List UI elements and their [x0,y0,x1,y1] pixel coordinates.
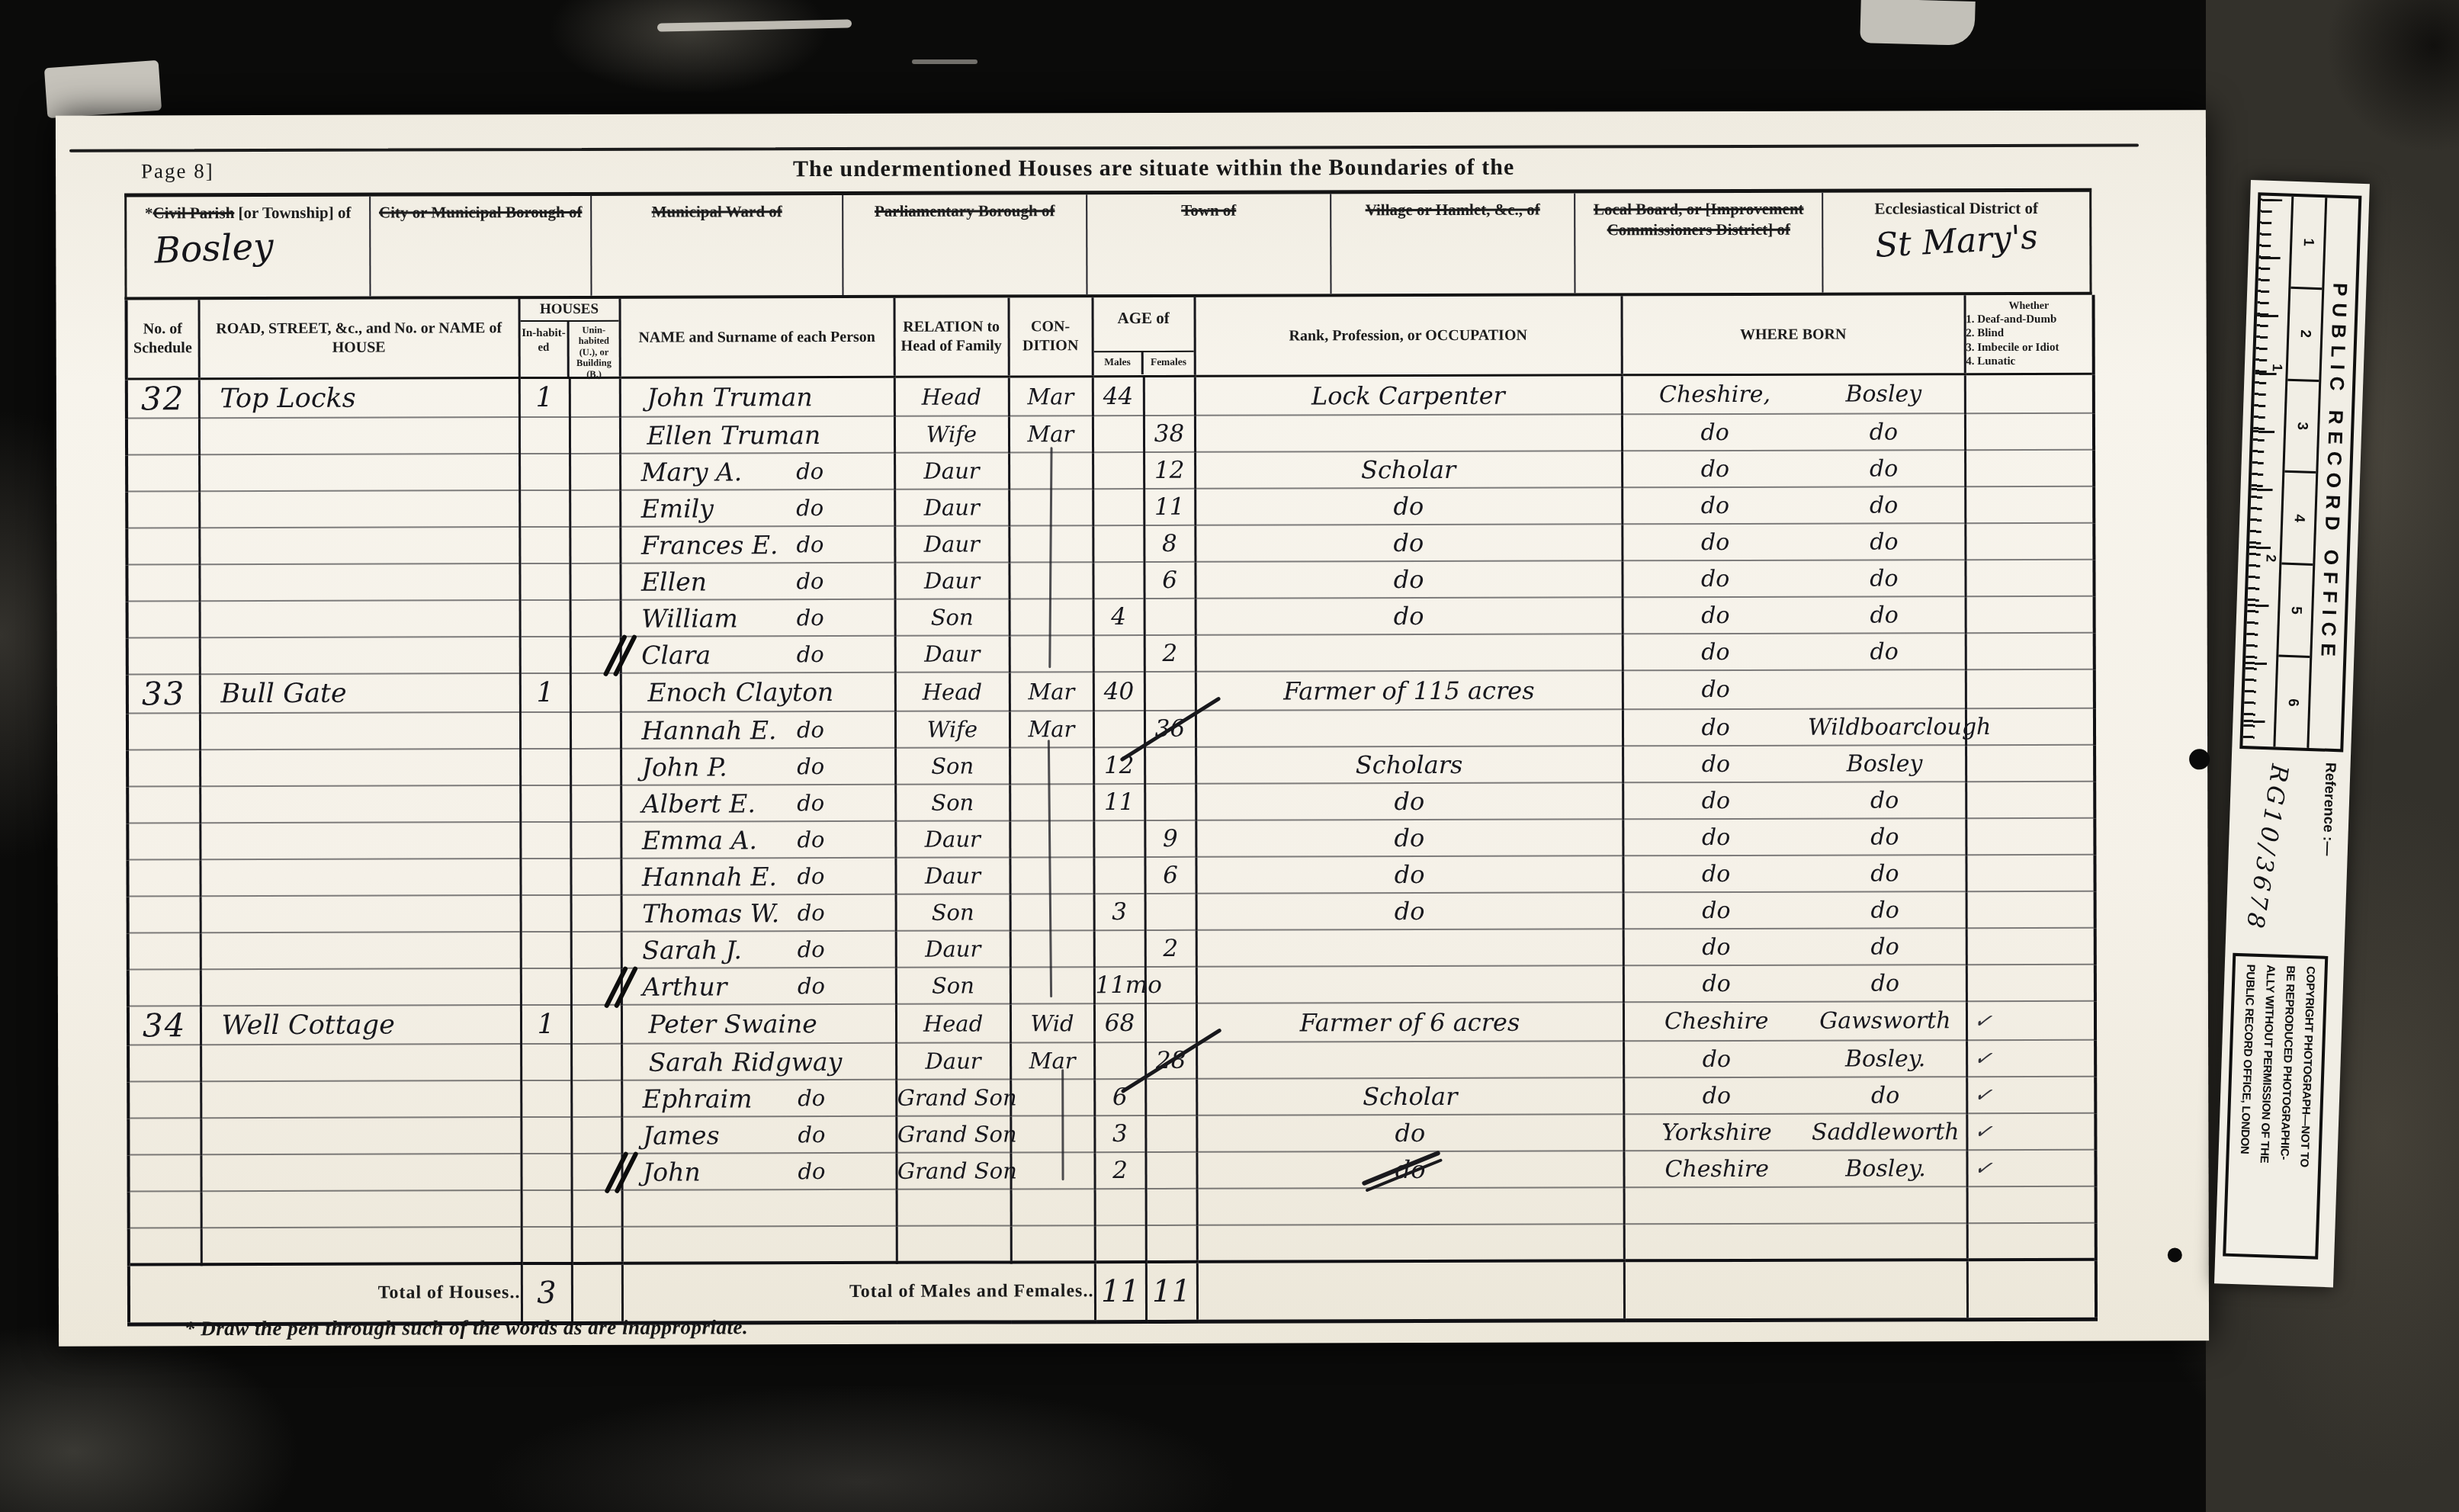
age-male: 2 [1094,1152,1145,1189]
film-scratch [912,59,978,64]
born-place: Gawsworth [1809,1007,1962,1035]
infirmity-cell [1966,928,2095,965]
relation-to-head: Daur [894,489,1009,525]
schedule-number [128,933,201,969]
uninhabited-count [570,822,621,859]
table-row: Ellen Truman Wife Mar 38 dodo [127,413,2094,455]
marital-condition: Wid [1010,1003,1094,1042]
table-row: Emma A.do Daur 9 do dodo [127,818,2095,860]
relation-to-head: Grand Son [896,1116,1010,1152]
house-name: Well Cottage [201,1005,521,1045]
where-born-cell: doBosley. [1623,1040,1966,1077]
born-place: do [1808,897,1961,924]
ditto-surname: do [796,495,823,521]
person-name: John Truman [621,382,812,413]
born-county: do [1624,933,1808,961]
born-place: do [1808,638,1961,666]
person-name-cell: Ellendo [620,563,894,600]
schedule-number [127,564,199,601]
person-name-cell: Ellen Truman [620,416,894,454]
age-male [1093,489,1144,525]
relation-to-head: Daur [894,562,1009,599]
occupation: do [1196,819,1623,856]
person-name-cell: Thomas W.do [621,894,896,932]
schedule-number [128,1154,201,1191]
age-female: 38 [1144,416,1195,452]
occupation [1196,634,1623,671]
relation-to-head: Wife [894,416,1009,452]
marital-condition [1010,1152,1094,1189]
age-male: 12 [1093,747,1144,784]
person-name: Emily [621,493,797,524]
person-name: Mary A. [621,457,797,487]
ruler-inch-number: 1 [2269,364,2285,372]
ditto-surname: do [797,827,824,852]
blank-row [129,1223,2096,1265]
ditto-surname: do [798,973,825,999]
table-row: Emilydo Daur 11 do dodo [127,486,2094,528]
schedule-number [128,896,201,933]
table-row: Jamesdo Grand Son 3 do YorkshireSaddlewo… [128,1113,2095,1155]
age-male: 40 [1093,672,1144,711]
schedule-number [128,1118,201,1154]
schedule-number [127,637,200,674]
uninhabited-count [570,377,620,417]
uninhabited-count [571,895,621,932]
occupation [1196,709,1623,746]
inhabited-count [521,932,571,968]
age-male: 4 [1093,599,1144,635]
person-name: Clara [621,640,797,670]
age-female [1144,376,1195,416]
inhabited-count [519,563,570,600]
table-row: 33 Bull Gate 1 Enoch Clayton Head Mar 40… [127,669,2095,714]
relation-to-head: Son [896,967,1010,1003]
inhabited-count [520,712,570,749]
age-female [1145,1116,1196,1152]
age-male [1093,635,1144,672]
where-born-cell: Cheshire,Bosley [1622,374,1965,415]
inhabited-count [521,1044,571,1080]
infirmity-cell [1966,782,2095,818]
village-hamlet-cell: Village or Hamlet, &c., of [1331,193,1575,294]
microfilm-scan: Page 8] The undermentioned Houses are si… [0,0,2459,1512]
house-name: Bull Gate [200,673,520,713]
where-born-cell: dodo [1623,596,1966,634]
relation-to-head: Grand Son [896,1079,1010,1116]
born-county: do [1624,897,1808,924]
born-place: Bosley. [1809,1155,1962,1183]
where-born-cell: dodo [1622,560,1965,597]
person-name-cell: Ephraimdo [621,1080,896,1117]
sheet-header: Page 8] The undermentioned Houses are si… [124,152,2091,192]
marital-condition [1010,747,1093,784]
total-males-value: 11 [1095,1262,1146,1321]
header-females: Females [1144,352,1194,374]
age-female: 6 [1144,562,1195,599]
ink-blot [2168,1247,2182,1262]
marital-condition [1010,894,1094,930]
town-cell: Town of [1087,194,1331,294]
totals-row: Total of Houses.. 3 Total of Males and F… [129,1260,2096,1324]
uninhabited-count [571,932,621,968]
ditto-surname: do [797,753,824,779]
person-name-cell: Clarado [621,636,895,673]
person-name-cell: John P.do [621,748,895,785]
ecclesiastical-district-value: St Mary's [1830,215,2082,268]
born-county: do [1623,602,1807,629]
occupation: Scholars [1196,746,1623,783]
person-name: Ellen [621,567,797,597]
age-male: 68 [1094,1003,1145,1042]
infirmity-cell: ✓ [1966,1113,2095,1150]
marital-condition: Mar [1010,672,1093,711]
inhabited-count [520,785,570,822]
schedule-number [127,859,200,896]
ditto-surname: do [797,605,824,631]
uninhabited-count [570,490,620,527]
schedule-number [127,528,199,564]
person-name-cell: Frances E.do [620,526,894,563]
relation-to-head: Daur [896,1042,1010,1079]
uninhabited-count [570,673,621,712]
person-name: Enoch Clayton [621,677,833,708]
blank-rows [129,1186,2096,1265]
age-female [1145,1003,1196,1042]
age-male [1094,930,1145,967]
occupation: do [1196,1151,1623,1188]
age-female [1144,784,1196,820]
house-name [199,417,519,454]
marital-condition [1010,1079,1094,1116]
born-county: do [1625,1082,1809,1109]
inhabited-count [520,749,570,785]
ditto-surname: do [797,641,824,667]
house-name: Top Locks [199,378,519,419]
header-age-group: AGE of Males Females [1093,297,1195,377]
census-table: No. of Schedule ROAD, STREET, &c., and N… [125,295,2098,1326]
ditto-surname: do [798,1085,825,1111]
table-row: Albert E.do Son 11 do dodo [127,782,2095,823]
person-name: Hannah E. [622,862,798,892]
born-place: do [1807,602,1960,629]
check-mark: ✓ [1972,1006,1993,1034]
relation-to-head: Head [895,672,1010,711]
infirmity-cell [1966,596,2095,633]
reference-label: Reference :— [2319,762,2339,856]
header-road: ROAD, STREET, &c., and No. or NAME of HO… [199,299,519,379]
where-born-cell: dodo [1623,928,1966,965]
age-male: 3 [1094,894,1145,930]
occupation: do [1195,524,1622,561]
schedule-number [127,713,200,750]
inhabited-count [521,968,571,1005]
age-male: 44 [1093,376,1144,416]
person-name: Albert E. [622,788,798,819]
header-condition: CON- DITION [1009,297,1093,377]
person-name: Ellen Truman [621,420,820,451]
occupation: Scholar [1195,451,1622,488]
age-female: 2 [1145,930,1196,967]
person-name: Frances E. [621,530,797,560]
house-name [201,1117,521,1154]
ditto-surname: do [796,568,823,594]
born-county: do [1623,455,1807,483]
person-name-cell: Hannah E.do [621,858,895,895]
born-place: do [1808,823,1961,851]
header-name: NAME and Surname of each Person [620,298,894,377]
pen-stroke [1061,1069,1064,1180]
ruler-inch-number: 2 [2262,554,2278,563]
house-name [199,563,519,601]
schedule-number [128,969,201,1006]
uninhabited-count [571,1080,621,1117]
where-born-cell: YorkshireSaddleworth [1623,1113,1966,1151]
uninhabited-count [570,712,621,749]
occupation [1196,1041,1623,1078]
tally-mark [609,634,632,677]
age-female [1145,894,1196,930]
table-row: Williamdo Son 4 do dodo [127,596,2095,638]
inhabited-count [521,1117,571,1154]
inhabited-count [520,600,570,637]
uninhabited-count [570,600,621,637]
age-female [1145,1152,1196,1189]
infirmity-cell [1966,855,2095,891]
check-mark: ✓ [1973,1154,1994,1182]
uninhabited-count [570,527,620,563]
born-place: Wildboarclough [1808,714,1961,741]
marital-condition [1010,635,1093,672]
age-female: 11 [1144,489,1195,525]
age-male: 11mo [1094,967,1145,1003]
district-header-row: *Civil Parish [or Township] of Bosley Ci… [124,188,2091,300]
relation-to-head: Grand Son [896,1152,1010,1189]
age-female [1144,599,1196,635]
infirmity-cell: ✓ [1966,1001,2095,1040]
person-name-cell: Arthurdo [621,968,896,1005]
where-born-cell: dodo [1623,855,1966,892]
uninhabited-count [570,749,621,785]
born-county: do [1623,638,1807,666]
born-place: do [1809,970,1962,997]
relation-to-head: Daur [896,930,1010,967]
header-inhabited: In-habit-ed [520,322,570,377]
film-scratch [657,19,852,31]
where-born-cell: dodo [1623,965,1966,1002]
age-female: 2 [1144,635,1196,672]
where-born-cell: doBosley [1623,745,1966,782]
infirmity-cell [1966,891,2095,928]
person-name-cell: Albert E.do [621,785,895,822]
ecclesiastical-district-cell: Ecclesiastical District of St Mary's [1823,192,2089,293]
ditto-surname: do [797,863,824,889]
house-name [199,527,519,564]
schedule-number [127,823,200,859]
header-relation: RELATION to Head of Family [894,297,1009,377]
infirmity-cell [1966,669,2095,708]
local-board-cell: Local Board, or [Improvement Commissione… [1575,193,1823,294]
person-name-cell: Peter Swaine [621,1004,896,1044]
header-age: AGE of [1093,298,1193,350]
person-name-cell: Hannah E.do [621,711,895,749]
relation-to-head: Head [896,1003,1010,1042]
house-name [200,822,520,859]
header-uninhabited: Unin-habited (U.), or Building (B.) [570,322,619,377]
ditto-surname: do [798,1158,825,1184]
house-name [200,637,520,674]
infirmity-cell [1965,486,2094,523]
infirmity-cell [1965,413,2094,450]
born-county: Cheshire, [1623,381,1806,409]
inhabited-count [520,637,570,673]
born-place: do [1808,860,1961,888]
age-male [1094,1042,1145,1079]
marital-condition: Mar [1010,1042,1094,1079]
table-row: Thomas W.do Son 3 do dodo [128,891,2095,933]
civil-parish-value: Bosley [133,223,362,273]
occupation: do [1195,487,1622,525]
person-name-cell: Enoch Clayton [621,673,895,712]
house-name [201,1080,521,1118]
person-name-cell: Emilydo [620,490,894,527]
schedule-number: 34 [128,1006,201,1045]
occupation: do [1195,560,1622,598]
occupation [1196,929,1623,966]
census-rows: 32 Top Locks 1 John Truman Head Mar 44 L… [127,374,2096,1191]
schedule-number [128,1045,201,1081]
where-born-cell: CheshireGawsworth [1623,1001,1966,1041]
age-male [1093,562,1144,599]
uninhabited-count [570,417,620,454]
table-row: Johndo Grand Son 2 do CheshireBosley. ✓ [128,1150,2095,1192]
person-name: Emma A. [622,825,798,856]
table-row: 34 Well Cottage 1 Peter Swaine Head Wid … [128,1001,2095,1045]
infirmity-cell: ✓ [1966,1040,2095,1077]
born-county: do [1624,970,1808,997]
house-name [200,749,520,786]
infirmity-cell [1966,633,2095,669]
relation-to-head: Daur [895,635,1010,672]
table-row: Arthurdo Son 11mo dodo [128,965,2095,1006]
inhabited-count [520,859,570,895]
house-name [201,932,521,969]
relation-to-head: Son [896,894,1010,930]
person-name: Hannah E. [621,715,797,746]
born-county: do [1623,492,1807,519]
occupation: Scholar [1196,1077,1623,1115]
total-houses-label: Total of Houses.. [129,1263,522,1324]
person-name: Thomas W. [622,898,798,929]
where-born-cell: do [1623,669,1966,709]
where-born-cell: dodo [1622,486,1965,524]
house-name [201,1044,521,1081]
occupation: Farmer of 6 acres [1196,1002,1623,1042]
relation-to-head: Son [895,784,1010,820]
person-name: James [623,1120,798,1151]
inhabited-count [521,895,571,932]
infirmity-cell [1966,818,2095,855]
person-name: Ephraim [623,1083,798,1114]
house-name [200,785,520,823]
born-place: do [1807,528,1960,556]
where-born-cell: dodo [1623,818,1966,856]
born-place: do [1807,492,1960,519]
born-county: do [1623,419,1806,446]
person-name: Sarah J. [622,935,798,965]
under-sheet-corner [44,60,162,118]
age-female: 12 [1144,452,1195,489]
ditto-surname: do [797,717,824,743]
ditto-surname: do [798,900,825,926]
table-row: Clarado Daur 2 dodo [127,633,2095,675]
inhabited-count: 1 [521,1005,571,1044]
born-place: do [1808,787,1961,814]
schedule-number [127,786,200,823]
copyright-notice: COPYRIGHT PHOTOGRAPH—NOT TO BE REPRODUCE… [2223,953,2328,1260]
occupation: do [1196,597,1623,634]
where-born-cell: CheshireBosley. [1623,1150,1966,1187]
relation-to-head: Daur [895,857,1010,894]
tally-mark [611,1151,634,1194]
schedule-number [128,1081,201,1118]
header-infirmity: Whether 1. Deaf-and-Dumb 2. Blind 3. Imb… [1965,295,2094,374]
person-name-cell: John Truman [620,377,894,416]
where-born-cell: dodo [1623,891,1966,929]
born-county: do [1623,714,1807,741]
age-male [1093,857,1144,894]
born-county: do [1624,750,1808,778]
relation-to-head: Daur [894,452,1009,489]
header-schedule: No. of Schedule [127,300,199,379]
house-name [200,600,520,637]
ditto-surname: do [796,531,823,557]
inhabited-count [519,490,570,527]
inhabited-count [519,527,570,563]
person-name-cell: Johndo [621,1153,896,1190]
house-name [200,859,520,896]
marital-condition [1010,784,1093,820]
born-place: do [1809,933,1962,961]
marital-condition [1010,820,1093,857]
born-place: Saddleworth [1809,1119,1962,1146]
house-name [199,454,519,491]
born-place: do [1807,419,1960,446]
occupation: do [1196,1114,1623,1151]
table-row: Mary A.do Daur 12 Scholar dodo [127,450,2094,492]
inhabited-count [521,1080,571,1117]
uninhabited-count [571,1117,621,1154]
born-county: Yorkshire [1625,1119,1809,1146]
uninhabited-count [570,859,621,895]
born-county: do [1623,676,1807,704]
person-name-cell: Jamesdo [621,1116,896,1154]
where-born-cell: dodo [1623,633,1966,670]
ditto-surname: do [798,936,825,962]
person-name-cell: Mary A.do [620,453,894,490]
occupation: Farmer of 115 acres [1196,670,1623,710]
occupation [1195,414,1622,451]
born-place: Bosley. [1809,1045,1962,1073]
born-place: do [1809,1082,1962,1109]
table-row: Hannah E.do Wife Mar 36 doWildboarclough [127,708,2095,750]
age-male: 3 [1094,1116,1145,1152]
header-houses-group: HOUSES In-habit-ed Unin-habited (U.), or… [519,299,620,378]
table-row: Frances E.do Daur 8 do dodo [127,523,2094,565]
person-name: Peter Swaine [622,1009,817,1039]
table-row: John P.do Son 12 Scholars doBosley [127,745,2095,787]
age-male [1093,711,1144,747]
